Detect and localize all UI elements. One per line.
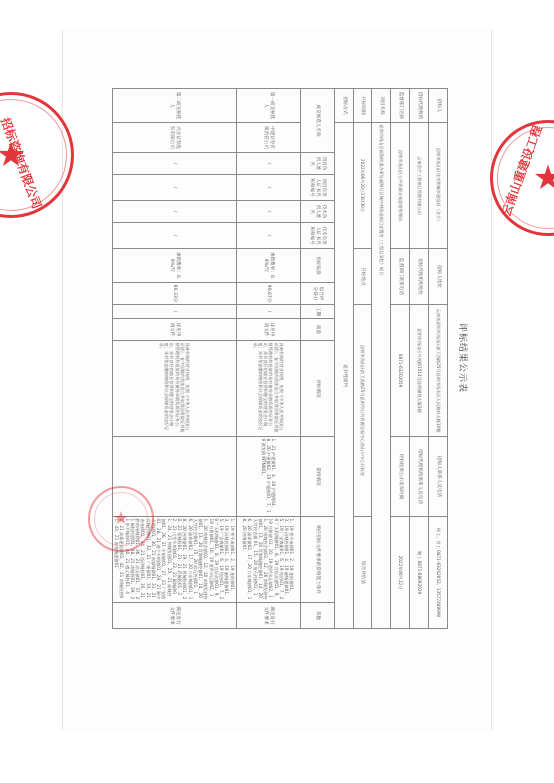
duration: / [113,305,237,319]
col-pm-name: 项目负责人姓名 [300,153,334,175]
label: 招标人 [429,89,448,123]
value: 昆明市西山区兴苑路1514号昆明钢铁大厦3楼 [410,305,429,437]
page-edge-right [491,30,492,730]
col-evaluation: 评标情况 [300,341,334,437]
quality: 详见申请文件 [236,319,300,341]
price: 承销费率：0.9%/年 [113,249,237,283]
qualification: 1、21 沪建债01、4、20 沪建债04、8、20 沪建债02、19 沪建债0… [236,437,300,517]
pm-name: / [113,153,237,175]
value: 2022年06月20日13时30分 [353,123,372,249]
col-score: 综合评分得分 [300,283,334,305]
label: 招标人联系人及电话 [429,437,448,517]
col-price: 投标报价 [300,249,334,283]
rotated-table-container: 评标结果公示表 招标人 昆明市西山区住房和城乡建设局（业主） 招标人地址 云南省… [112,88,448,628]
price: 承销费率：0.9%/年 [236,249,300,283]
tech-name: / [113,201,237,223]
label: 招标代理机构地址 [410,249,429,305]
official-seal-center: ★ [88,486,154,552]
column-header-row: 成交候选人名称 项目负责人姓名 项目负责人证书名称和编号 技术负责人姓名 技术负… [300,89,334,629]
col-tech-name: 技术负责人姓名 [300,201,334,223]
tech-cert: / [113,223,237,249]
pm-cert: / [236,175,300,201]
col-quality: 质量 [300,319,334,341]
label: 招标代理机构 [410,89,429,123]
value: 综合评估法 [353,517,372,629]
value: 昆明市西山区福海街道办事处福海社区城中村改造项目安置房（工程总承包）项目 [372,123,391,629]
remark: 满足发行文件要求 [113,603,237,629]
value: 昆明市西山区前卫西路25号昆明市公共资源交易中心西山分中心开标室 [353,305,372,517]
col-response: 响应招标文件要求的资格能力条件 [300,517,334,603]
document-title: 评标结果公示表 [457,88,470,628]
rank: 第一成交候选人 [236,89,300,123]
value: 云南浩宇工程项目管理有限公司 [410,123,429,249]
value: 谢工 0871-68092929 [410,517,429,629]
evaluation: 具备有效的营业执照，依照《中华人民共和国公司法》、在中国境内依法设立并取得国务院… [113,341,237,437]
label: 开标时间 [353,89,372,123]
score: 90.67分 [236,283,300,305]
tech-cert: / [236,223,300,249]
company-seal-right: ★ 云南山重建设工程 [490,120,554,236]
header-row-opening: 开标时间 2022年06月20日13时30分 开标地点 昆明市西山区前卫西路25… [353,89,372,629]
pm-cert: / [113,175,237,201]
label: 监督部门名称 [391,89,410,123]
label: 招标方式 [334,89,353,123]
value: 2022年06月22日 [391,517,410,629]
value: 竞争性谈判 [334,123,353,629]
header-row-agency: 招标代理机构 云南浩宇工程项目管理有限公司 招标代理机构地址 昆明市西山区兴苑路… [410,89,429,629]
col-qualification: 资格情况 [300,437,334,517]
label: 项目名称 [372,89,391,123]
value: 杨工、肖工 0871-63202052、13577489990 [429,517,448,629]
header-row-project: 项目名称 昆明市西山区福海街道办事处福海社区城中村改造项目安置房（工程总承包）项… [372,89,391,629]
bid-result-table: 招标人 昆明市西山区住房和城乡建设局（业主） 招标人地址 云南省昆明市西山区前卫… [112,88,448,629]
label: 招标人地址 [429,249,448,305]
candidate-name: 兴业证券股份有限公司 [113,123,237,153]
duration: / [236,305,300,319]
col-candidate: 成交候选人名称 [300,89,334,153]
col-duration: 工期 [300,305,334,319]
score: 86.33分 [113,283,237,305]
col-pm-cert: 项目负责人证书名称和编号 [300,175,334,201]
candidate-row: 第一成交候选人 中建证券有限责任公司 / / / / 承销费率：0.9%/年 9… [236,89,300,629]
header-row-tenderer: 招标人 昆明市西山区住房和城乡建设局（业主） 招标人地址 云南省昆明市西山区前卫… [429,89,448,629]
label: 评标结果公示发布时间 [391,437,410,517]
value: 云南省昆明市西山区前卫西路25号昆明市西山区人民政府大楼10楼 [429,305,448,437]
label: 监督部门联系电话 [391,249,410,305]
pm-name: / [236,153,300,175]
remark: 满足发行文件要求 [236,603,300,629]
evaluation: 具备有效的营业执照，依照《中华人民共和国公司法》、在中国境内依法设立并取得国务院… [236,341,300,437]
value: 昆明市西山区住房和城乡建设局（业主） [429,123,448,249]
header-row-supervisor: 监督部门名称 昆明市西山区公共资源交易监督管理局 监督部门联系电话 0871-6… [391,89,410,629]
col-tech-cert: 技术负责人证书名称和编号 [300,223,334,249]
column-group-row: 招标方式 竞争性谈判 [334,89,353,629]
value: 昆明市西山区公共资源交易监督管理局 [391,123,410,249]
label: 招标代理机构联系人及电话 [410,437,429,517]
candidate-name: 中建证券有限责任公司 [236,123,300,153]
seal-ring [94,492,148,546]
col-other: 其他 [300,603,334,629]
tech-name: / [236,201,300,223]
label: 开标地点 [353,249,372,305]
rank: 第二成交候选人 [113,89,237,123]
quality: 详见申请文件 [113,319,237,341]
value: 0871-63202059 [391,305,410,437]
response-items: 1、19 普平成债01、2、19 龙阳债01、3、19 风城控债01、4、19 … [236,517,300,603]
